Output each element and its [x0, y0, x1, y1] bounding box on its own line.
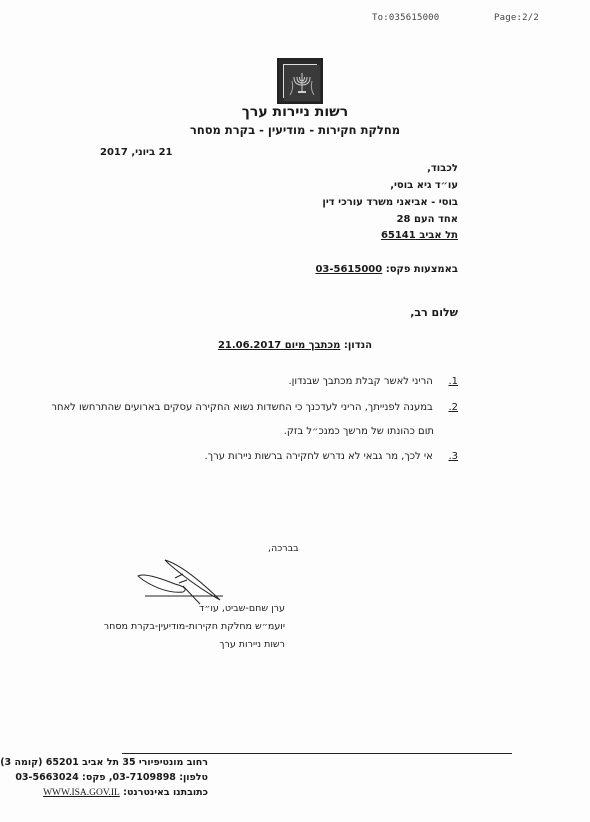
delivery-line: באמצעות פקס: 03-5615000 — [315, 264, 458, 275]
item-text: הריני לאשר קבלת מכתבך שבנדון. — [288, 376, 432, 387]
subject-label: הנדון: — [344, 340, 372, 351]
item-number: 1. — [436, 376, 458, 387]
greeting: שלום רב, — [410, 306, 458, 319]
item-text: במענה לפנייתך, הריני לעדכנך כי החשדות נש… — [51, 402, 433, 413]
footer-website-line: כתובתנו באינטרנט: WWW.ISA.GOV.IL — [43, 787, 208, 798]
body-item: 2. במענה לפנייתך, הריני לעדכנך כי החשדות… — [51, 402, 458, 413]
signatory-title: יועמ״ש מחלקת חקירות-מודיעין-בקרת מסחר — [104, 621, 285, 632]
footer-website-label: כתובתנו באינטרנט: — [123, 787, 208, 798]
recipient-name: עו״ד גיא בוסי, — [390, 180, 458, 191]
department-name: מחלקת חקירות - מודיעין - בקרת מסחר — [0, 123, 590, 137]
closing: בברכה, — [268, 543, 299, 554]
fax-page-number: Page:2/2 — [494, 13, 539, 23]
delivery-label: באמצעות פקס: — [386, 264, 458, 275]
authority-name: רשות ניירות ערך — [0, 104, 590, 120]
body-item: 3. אי לכך, מר גבאי לא נדרש לחקירה ברשות … — [205, 451, 458, 462]
state-emblem-icon — [277, 58, 323, 104]
recipient-street: אחד העם 28 — [397, 214, 458, 225]
recipient-city: תל אביב 65141 — [381, 230, 458, 241]
footer-website-link[interactable]: WWW.ISA.GOV.IL — [43, 788, 120, 798]
recipient-firm: בוסי - אביאני משרד עורכי דין — [322, 197, 458, 208]
delivery-fax-number: 03-5615000 — [315, 264, 382, 275]
item-text: אי לכך, מר גבאי לא נדרש לחקירה ברשות ניי… — [205, 451, 433, 462]
footer-address: רחוב מונטיפיורי 35 תל אביב 65201 (קומה 3… — [0, 757, 208, 768]
footer-phone-fax: טלפון: 03-7109898, פקס: 03-5663024 — [15, 772, 208, 783]
item-number: 2. — [436, 402, 458, 413]
recipient-salutation: לכבוד, — [427, 163, 458, 174]
signatory-organization: רשות ניירות ערך — [219, 639, 285, 650]
item-number: 3. — [436, 451, 458, 462]
fax-recipient-number: To:035615000 — [372, 13, 439, 23]
signatory-name: ערן שחם-שביט, עו״ד — [199, 603, 285, 614]
footer-divider — [122, 753, 512, 754]
body-item: 1. הריני לאשר קבלת מכתבך שבנדון. — [288, 376, 458, 387]
body-item-continuation: תום כהונתו של מרשך כמנכ״ל בזק. — [284, 426, 434, 437]
subject-line: הנדון: מכתבך מיום 21.06.2017 — [0, 340, 590, 351]
handwritten-signature-icon — [135, 556, 225, 606]
letter-date: 21 ביוני, 2017 — [100, 147, 172, 158]
subject-text: מכתבך מיום 21.06.2017 — [218, 340, 340, 351]
